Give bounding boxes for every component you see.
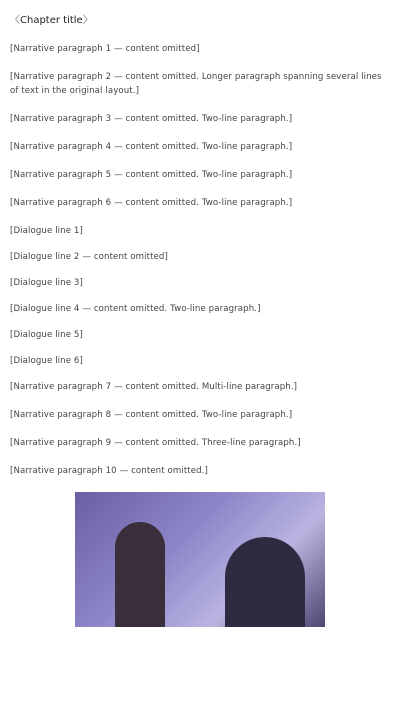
- paragraph: [Narrative paragraph 7 — content omitted…: [10, 380, 390, 394]
- dialogue-line: [Dialogue line 5]: [10, 328, 390, 342]
- paragraph: [Narrative paragraph 6 — content omitted…: [10, 196, 390, 210]
- story-illustration: [75, 492, 325, 627]
- dialogue-line: [Dialogue line 1]: [10, 224, 390, 238]
- paragraph: [Narrative paragraph 9 — content omitted…: [10, 436, 390, 450]
- paragraph: [Narrative paragraph 10 — content omitte…: [10, 464, 390, 478]
- chapter-title: 〈Chapter title〉: [10, 14, 390, 28]
- dialogue-line: [Dialogue line 4 — content omitted. Two-…: [10, 302, 390, 316]
- illustration-figure: [225, 537, 305, 627]
- illustration-figure: [115, 522, 165, 627]
- dialogue-line: [Dialogue line 6]: [10, 354, 390, 368]
- paragraph: [Narrative paragraph 3 — content omitted…: [10, 112, 390, 126]
- paragraph: [Narrative paragraph 5 — content omitted…: [10, 168, 390, 182]
- paragraph: [Narrative paragraph 2 — content omitted…: [10, 70, 390, 98]
- document-page: 〈Chapter title〉 [Narrative paragraph 1 —…: [0, 0, 400, 627]
- dialogue-line: [Dialogue line 2 — content omitted]: [10, 250, 390, 264]
- paragraph: [Narrative paragraph 1 — content omitted…: [10, 42, 390, 56]
- paragraph: [Narrative paragraph 4 — content omitted…: [10, 140, 390, 154]
- paragraph: [Narrative paragraph 8 — content omitted…: [10, 408, 390, 422]
- dialogue-line: [Dialogue line 3]: [10, 276, 390, 290]
